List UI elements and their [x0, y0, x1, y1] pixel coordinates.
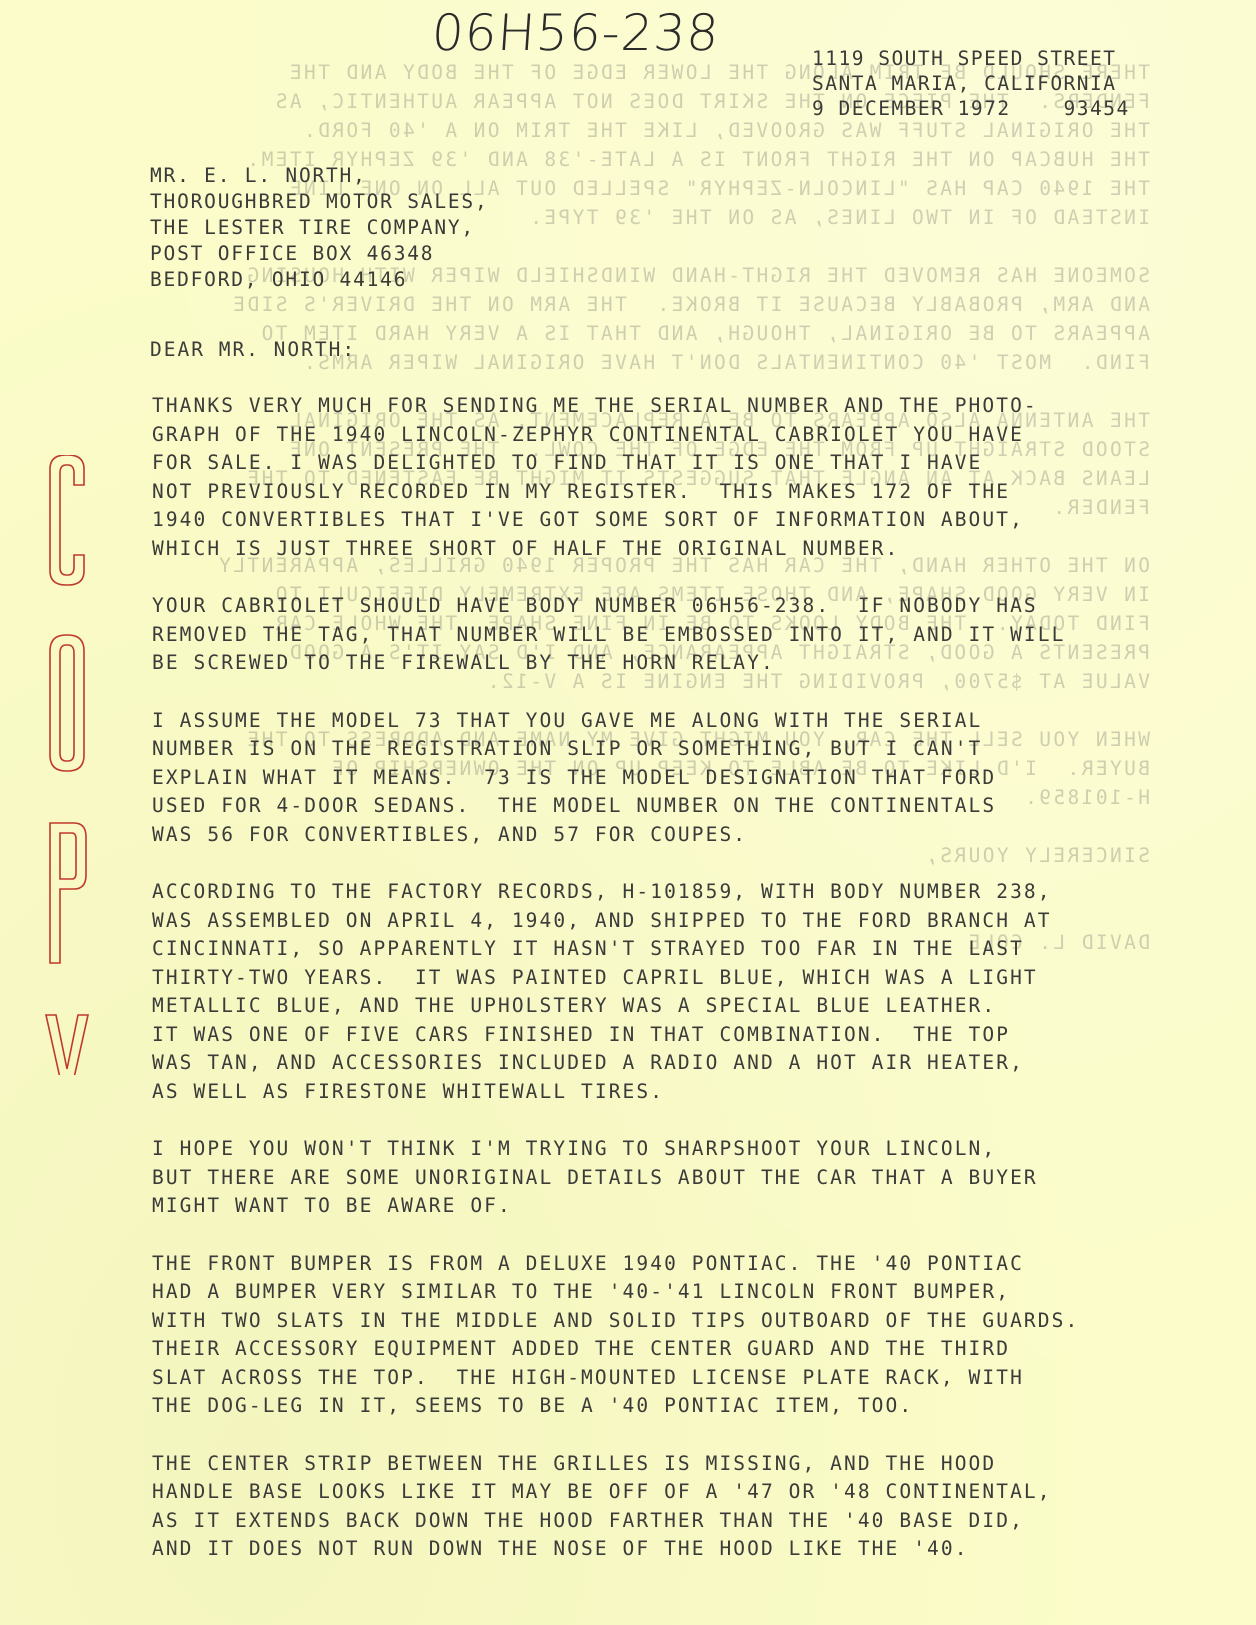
letter-line: the dog-leg in it, seems to be a '40 Pon… [152, 1392, 1152, 1421]
recipient-line: Thoroughbred Motor Sales, [150, 189, 489, 215]
letter-line: was assembled on April 4, 1940, and ship… [152, 907, 1152, 936]
paragraph-spacer [152, 1106, 1152, 1135]
letter-line: had a bumper very similar to the '40-'41… [152, 1278, 1152, 1307]
letter-line: explain what it means. 73 is the model d… [152, 764, 1152, 793]
letter-line: I assume the model 73 that you gave me a… [152, 707, 1152, 736]
recipient-line: The Lester Tire Company, [150, 215, 489, 241]
recipient-line: Post Office Box 46348 [150, 241, 489, 267]
return-address: 1119 South Speed Street Santa Maria, Cal… [812, 46, 1130, 121]
letter-line: as well as Firestone whitewall tires. [152, 1078, 1152, 1107]
letter-line: It was one of five cars finished in that… [152, 1021, 1152, 1050]
letter-line: might want to be aware of. [152, 1192, 1152, 1221]
letter-page: There should be trim along the lower edg… [0, 0, 1256, 1625]
letter-line: for sale. I was delighted to find that i… [152, 449, 1152, 478]
copy-stamp [40, 455, 110, 1075]
paragraph-spacer [152, 849, 1152, 878]
letter-paragraph: I assume the model 73 that you gave me a… [152, 707, 1152, 850]
letter-paragraph: According to the factory records, H-1018… [152, 878, 1152, 1106]
letter-line: The center strip between the grilles is … [152, 1450, 1152, 1479]
recipient-line: Bedford, Ohio 44146 [150, 267, 489, 293]
letter-line: not previously recorded in my Register. … [152, 478, 1152, 507]
copy-stamp-letters-icon [40, 455, 110, 1075]
handwritten-note: 06H56-238 [430, 4, 721, 62]
letter-line: Cincinnati, so apparently it hasn't stra… [152, 935, 1152, 964]
paragraph-spacer [152, 1421, 1152, 1450]
salutation: Dear Mr. North: [150, 338, 356, 361]
paragraph-spacer [152, 1221, 1152, 1250]
letter-paragraph: I hope you won't think I'm trying to sha… [152, 1135, 1152, 1221]
paragraph-spacer [152, 678, 1152, 707]
recipient-line: Mr. E. L. North, [150, 163, 489, 189]
letter-paragraph: The front bumper is from a Deluxe 1940 P… [152, 1250, 1152, 1421]
letter-line: but there are some unoriginal details ab… [152, 1164, 1152, 1193]
paragraph-spacer [152, 563, 1152, 592]
letter-paragraph: Your cabriolet should have body number 0… [152, 592, 1152, 678]
letter-date: 9 December 1972 93454 [812, 96, 1130, 121]
letter-line: 1940 convertibles that I've got some sor… [152, 506, 1152, 535]
letter-line: graph of the 1940 Lincoln-Zephyr Contine… [152, 421, 1152, 450]
letter-line: and it does not run down the nose of the… [152, 1535, 1152, 1564]
recipient-address: Mr. E. L. North, Thoroughbred Motor Sale… [150, 163, 489, 293]
letter-line: Their accessory equipment added the cent… [152, 1335, 1152, 1364]
bleed-line: and arm, probably because it broke. The … [150, 290, 1150, 319]
letter-line: The front bumper is from a Deluxe 1940 P… [152, 1250, 1152, 1279]
letter-line: number is on the registration slip or so… [152, 735, 1152, 764]
letter-line: handle base looks like it may be off of … [152, 1478, 1152, 1507]
letter-line: thirty-two years. It was painted Capril … [152, 964, 1152, 993]
letter-line: was 56 for convertibles, and 57 for coup… [152, 821, 1152, 850]
letter-line: was tan, and accessories included a radi… [152, 1049, 1152, 1078]
letter-line: metallic blue, and the upholstery was a … [152, 992, 1152, 1021]
letter-line: as it extends back down the hood farther… [152, 1507, 1152, 1536]
letter-line: Your cabriolet should have body number 0… [152, 592, 1152, 621]
letter-line: removed the tag, that number will be emb… [152, 621, 1152, 650]
letter-line: Thanks very much for sending me the seri… [152, 392, 1152, 421]
letter-line: slat across the top. The high-mounted li… [152, 1364, 1152, 1393]
letter-line: be screwed to the firewall by the horn r… [152, 649, 1152, 678]
return-address-street: 1119 South Speed Street [812, 46, 1130, 71]
letter-line: I hope you won't think I'm trying to sha… [152, 1135, 1152, 1164]
return-address-city: Santa Maria, California [812, 71, 1130, 96]
letter-paragraph: Thanks very much for sending me the seri… [152, 392, 1152, 563]
letter-line: which is just three short of half the or… [152, 535, 1152, 564]
letter-paragraph: The center strip between the grilles is … [152, 1450, 1152, 1564]
letter-body: Thanks very much for sending me the seri… [152, 392, 1152, 1564]
letter-line: According to the factory records, H-1018… [152, 878, 1152, 907]
letter-line: with two slats in the middle and solid t… [152, 1307, 1152, 1336]
letter-line: used for 4-door sedans. The model number… [152, 792, 1152, 821]
